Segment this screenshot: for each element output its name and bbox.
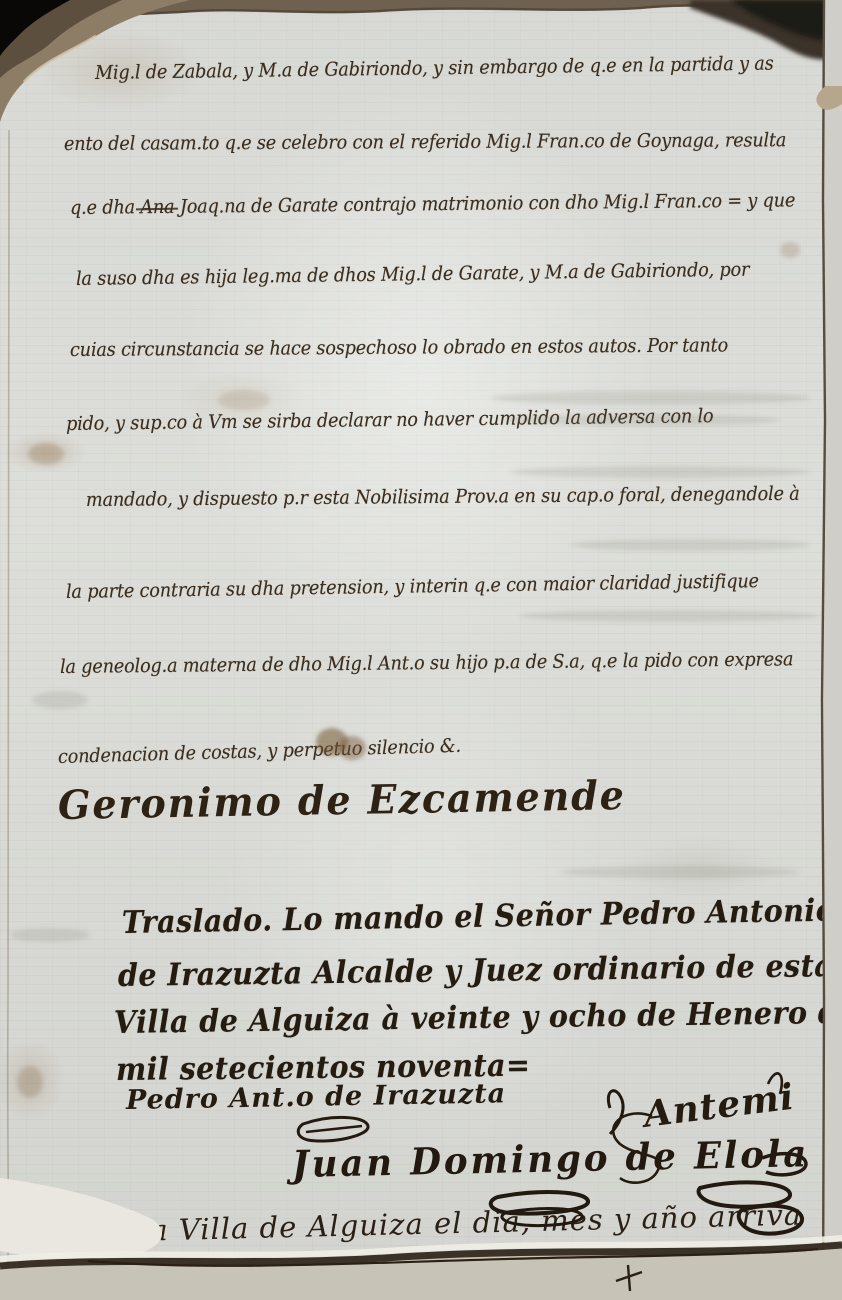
decree-line-1: Traslado. Lo mando el Señor Pedro Antoni… <box>122 893 836 941</box>
manuscript-line-9: la geneolog.a materna de dho Mig.l Ant.o… <box>60 648 793 678</box>
closing-line: En la Villa de Alguiza el dia, mes y año… <box>88 1198 803 1249</box>
manuscript-line-8: la parte contraria su dha pretension, y … <box>66 570 759 603</box>
manuscript-line-10: condenacion de costas, y perpetuo silenc… <box>58 735 461 768</box>
left-crease-line <box>8 130 9 1262</box>
top-right-burn-mark <box>690 0 842 60</box>
manuscript-line-5: cuias circunstancia se hace sospechoso l… <box>70 334 728 361</box>
decree-line-3: Villa de Alguiza à veinte y ocho de Hene… <box>114 995 842 1041</box>
right-page-edge <box>816 0 842 1300</box>
manuscript-line-1: Mig.l de Zabala, y M.a de Gabiriondo, y … <box>95 53 774 84</box>
decree-line-2: de Irazuzta Alcalde y Juez ordinario de … <box>118 948 834 994</box>
alcalde-rubric-flourish <box>298 1117 368 1141</box>
ante-mi-note: Antemi <box>641 1076 796 1136</box>
manuscript-line-6: pido, y sup.co à Vm se sirba declarar no… <box>66 405 714 435</box>
petitioner-signature: Geronimo de Ezcamende <box>58 772 627 829</box>
alcalde-signature: Pedro Ant.o de Irazuzta <box>126 1078 507 1116</box>
closing-underline-flourish <box>88 1249 818 1291</box>
manuscript-page: Mig.l de Zabala, y M.a de Gabiriondo, y … <box>0 0 842 1300</box>
manuscript-line-2: ento del casam.to q.e se celebro con el … <box>64 129 786 155</box>
manuscript-line-3: q.e dha Ana Joaq.na de Garate contrajo m… <box>70 189 795 219</box>
notary-signature: Juan Domingo de Elola <box>292 1131 810 1186</box>
manuscript-line-4: la suso dha es hija leg.ma de dhos Mig.l… <box>76 259 750 290</box>
torn-top-edge <box>0 0 842 22</box>
manuscript-line-7: mandado, y dispuesto p.r esta Nobilisima… <box>86 483 800 511</box>
torn-top-edge-shadow <box>0 5 842 20</box>
